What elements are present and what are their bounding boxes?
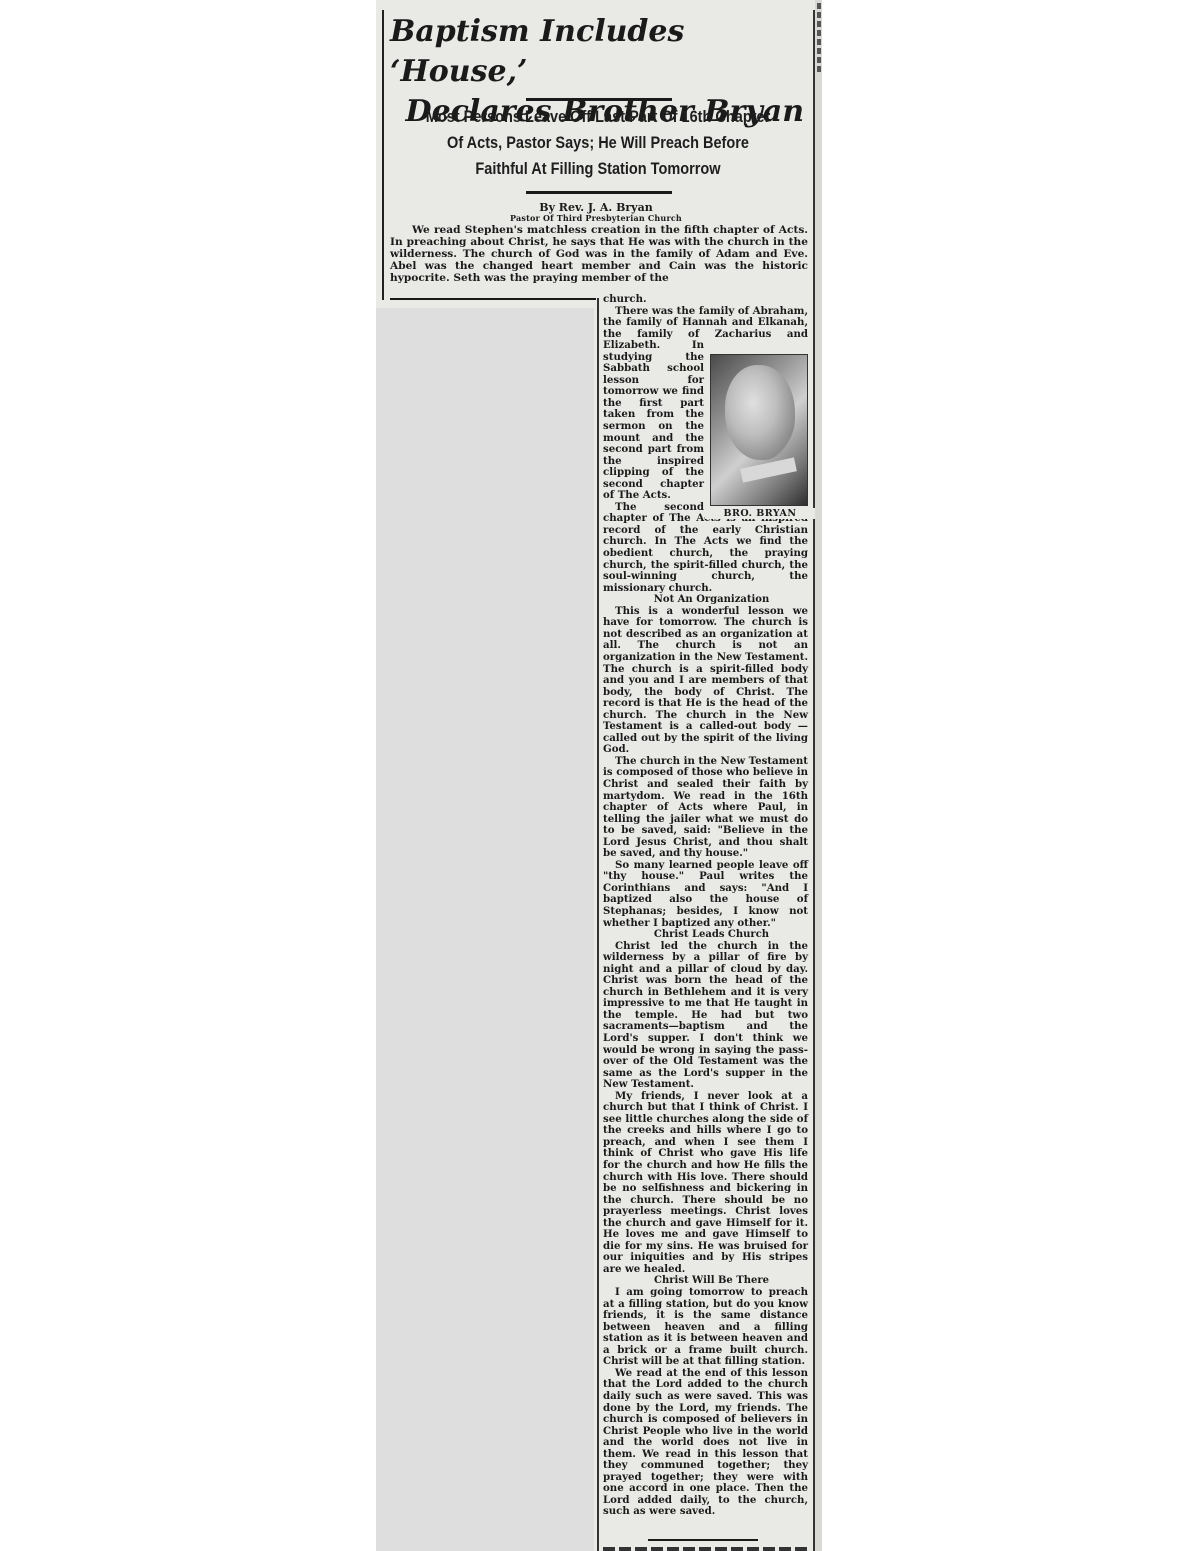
body-paragraph: The church in the New Testament is compo… <box>603 756 808 860</box>
adjacent-column-edge <box>815 0 822 1551</box>
deck-line-2: Of Acts, Pastor Says; He Will Preach Bef… <box>411 130 784 156</box>
portrait-face <box>725 365 795 460</box>
lead-text: We read Stephen's matchless creation in … <box>390 224 808 284</box>
body-paragraph: This is a wonderful lesson we have for t… <box>603 606 808 756</box>
body-paragraph: I am going tomorrow to preach at a filli… <box>603 1287 808 1368</box>
portrait-collar <box>740 457 797 482</box>
body-paragraph: We read at the end of this lesson that t… <box>603 1368 808 1518</box>
body-paragraph: Christ led the church in the wilderness … <box>603 941 808 1091</box>
byline: By Rev. J. A. Bryan Pastor Of Third Pres… <box>386 202 806 223</box>
deck-line-3: Faithful At Filling Station Tomorrow <box>411 156 784 182</box>
photo-caption: BRO. BRYAN <box>705 508 815 519</box>
headline-divider <box>526 98 672 101</box>
lead-underline-rule <box>390 298 596 300</box>
masked-region <box>376 308 594 1551</box>
lead-paragraph: We read Stephen's matchless creation in … <box>390 224 808 284</box>
section-subhead: Christ Leads Church <box>603 929 808 941</box>
next-article-headline-fragment <box>603 1547 808 1551</box>
author-photo: BRO. BRYAN <box>710 354 808 506</box>
article-body-column: church. BRO. BRYAN There was the family … <box>603 294 808 1518</box>
body-paragraph: So many learned people leave off "thy ho… <box>603 860 808 929</box>
body-paragraph: church. <box>603 294 808 306</box>
article-end-rule <box>648 1539 758 1541</box>
left-column-rule <box>382 10 384 300</box>
subheadline-deck: Most Persons Leave Off Last Part Of 16th… <box>411 104 784 182</box>
author-title: Pastor Of Third Presbyterian Church <box>386 214 806 223</box>
deck-divider <box>526 191 672 194</box>
body-paragraph: My friends, I never look at a church but… <box>603 1091 808 1276</box>
headline-line-1: Baptism Includes ‘House,’ <box>388 12 808 92</box>
column-divider <box>597 298 599 1551</box>
deck-line-1: Most Persons Leave Off Last Part Of 16th… <box>411 104 784 130</box>
